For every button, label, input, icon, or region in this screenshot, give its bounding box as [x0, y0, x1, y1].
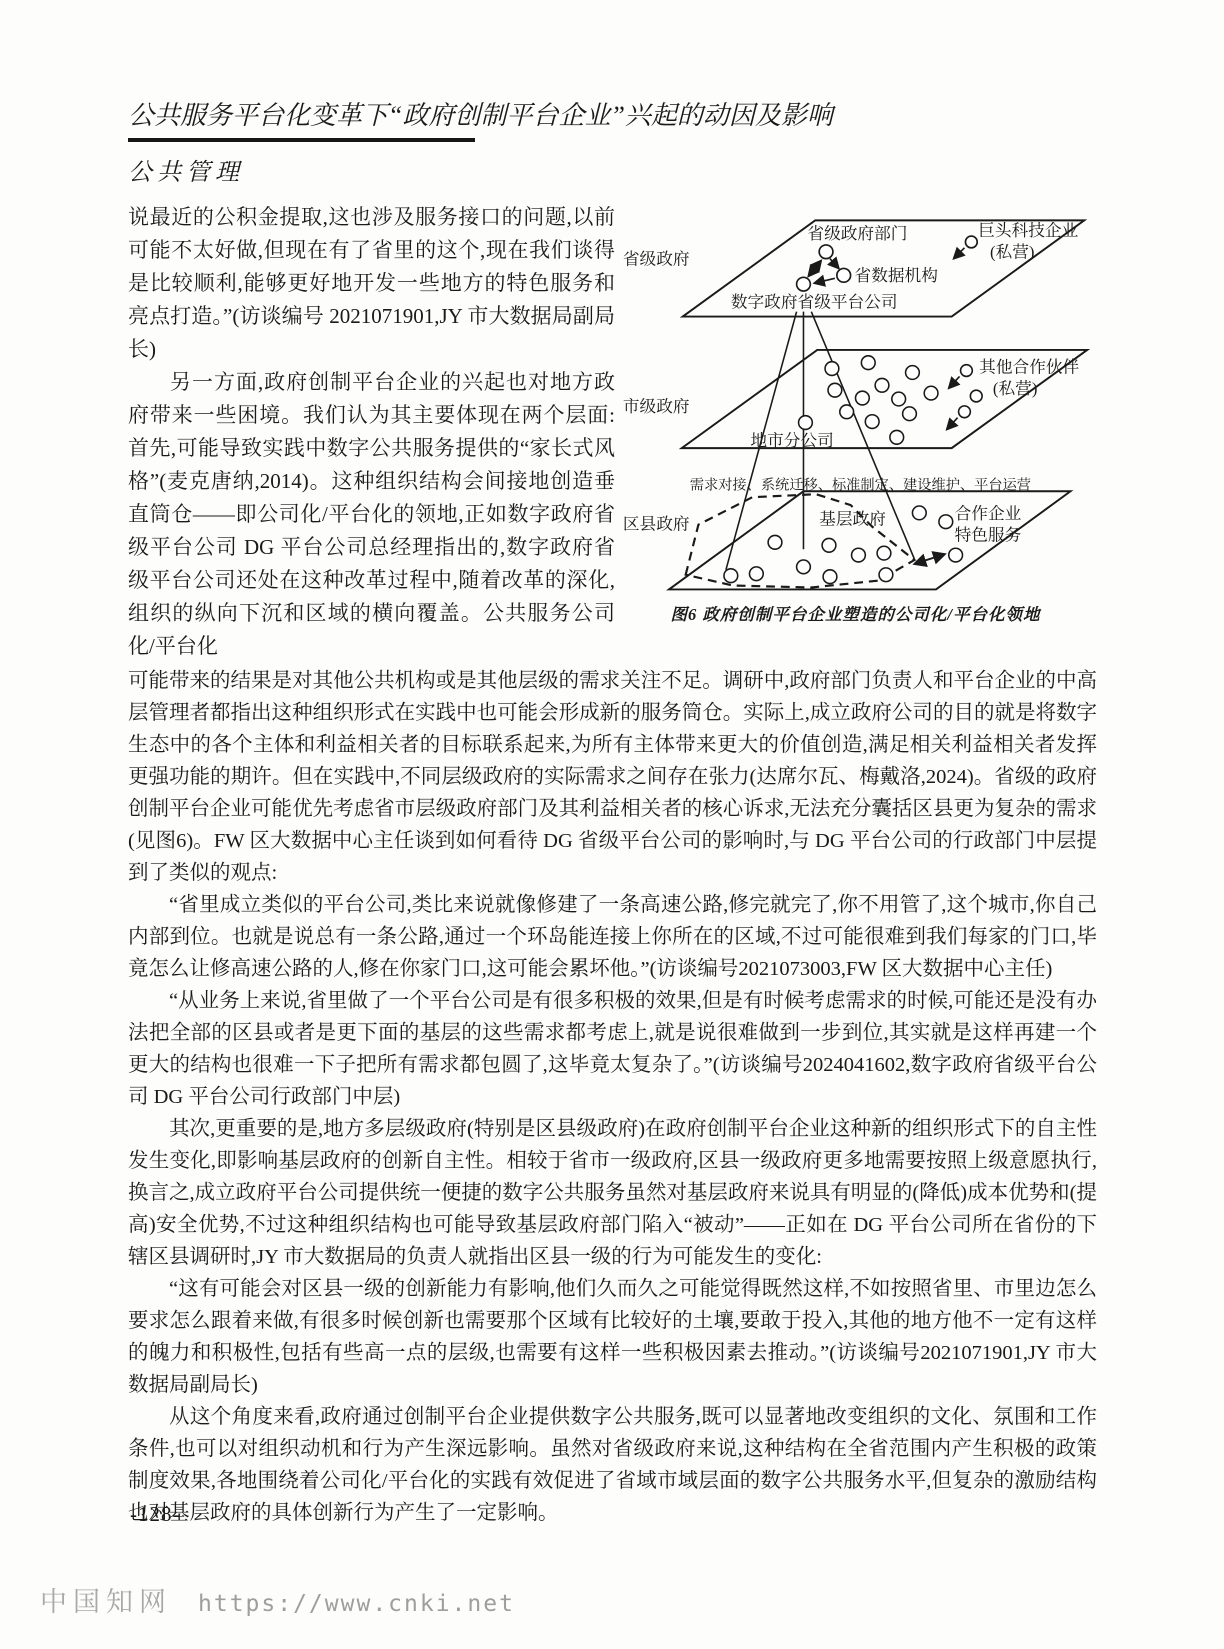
- city-layer-label: 市级政府: [623, 397, 690, 416]
- partner-service-node: [939, 515, 953, 529]
- paragraph: 可能带来的结果是对其他公共机构或是其他层级的需求关注不足。调研中,政府部门负责人…: [128, 665, 1097, 889]
- watermark-url: https://www.cnki.net: [198, 1591, 515, 1617]
- partner-enterprise-label: 合作企业: [955, 504, 1022, 523]
- tech-giant-label: 巨头科技企业: [978, 221, 1078, 240]
- page-number: -128-: [130, 1502, 181, 1527]
- paragraph: 说最近的公积金提取,这也涉及服务接口的问题,以前可能不太好做,但现在有了省里的这…: [128, 201, 615, 366]
- province-dept-node: [819, 245, 833, 259]
- quote-paragraph: “这有可能会对区县一级的创新能力有影响,他们久而久之可能觉得既然这样,不如按照省…: [128, 1273, 1097, 1401]
- paragraph: 其次,更重要的是,地方多层级政府(特别是区县级政府)在政府创制平台企业这种新的组…: [128, 1113, 1097, 1273]
- province-layer-label: 省级政府: [623, 250, 690, 269]
- figure-6: 省级政府部门 省数据机构 数字政府省级平台公司 巨头科技企业 (私营) 省级政府: [615, 201, 1096, 625]
- province-dept-label: 省级政府部门: [807, 224, 907, 243]
- paragraph: 从这个角度来看,政府通过创制平台企业提供数字公共服务,既可以显著地改变组织的文化…: [128, 1401, 1097, 1529]
- county-layer-label: 区县政府: [623, 515, 690, 534]
- province-platform-company-node: [797, 277, 811, 291]
- province-data-agency-node: [837, 268, 851, 282]
- journal-page: 公共服务平台化变革下“政府创制平台企业”兴起的动因及影响 公共管理 说最近的公积…: [0, 0, 1224, 1649]
- arrow-agency-to-company: [814, 278, 835, 283]
- special-service-label: 特色服务: [955, 525, 1022, 544]
- tech-giant-node: [965, 236, 977, 248]
- other-partner-node: [959, 406, 971, 418]
- province-data-agency-label: 省数据机构: [855, 266, 939, 285]
- other-partner-arrow: [947, 418, 958, 430]
- paragraph: 另一方面,政府创制平台企业的兴起也对地方政府带来一些困境。我们认为其主要体现在两…: [128, 366, 615, 663]
- title-underline: [128, 138, 475, 142]
- quote-paragraph: “省里成立类似的平台公司,类比来说就像修建了一条高速公路,修完就完了,你不用管了…: [128, 889, 1097, 985]
- top-row: 说最近的公积金提取,这也涉及服务接口的问题,以前可能不太好做,但现在有了省里的这…: [128, 201, 1097, 663]
- figure-6-diagram: 省级政府部门 省数据机构 数字政府省级平台公司 巨头科技企业 (私营) 省级政府: [615, 201, 1096, 599]
- left-column: 说最近的公积金提取,这也涉及服务接口的问题,以前可能不太好做,但现在有了省里的这…: [128, 201, 615, 663]
- figure-caption: 图6 政府创制平台企业塑造的公司化/平台化领地: [615, 601, 1096, 625]
- partner-service-node: [949, 548, 963, 562]
- other-partner-arrow: [949, 376, 960, 388]
- main-text: 可能带来的结果是对其他公共机构或是其他层级的需求关注不足。调研中,政府部门负责人…: [128, 665, 1097, 1529]
- quote-paragraph: “从业务上来说,省里做了一个平台公司是有很多积极的效果,但是有时候考虑需求的时候…: [128, 985, 1097, 1113]
- grassroots-gov-label: 基层政府: [819, 510, 886, 529]
- tech-giant-private-label: (私营): [990, 243, 1034, 262]
- city-branch-label: 地市分公司: [750, 431, 833, 450]
- service-band-label: 需求对接、系统迁移、标准制定、建设维护、平台运营: [690, 475, 1031, 493]
- arrow-company-dept: [808, 261, 821, 277]
- other-partner-node: [961, 365, 973, 377]
- section-label: 公共管理: [128, 152, 1097, 187]
- other-partner-node: [970, 390, 982, 402]
- partner-service-node: [912, 506, 926, 520]
- running-title: 公共服务平台化变革下“政府创制平台企业”兴起的动因及影响: [128, 100, 1097, 132]
- watermark-cnki-label: 中国知网: [40, 1587, 172, 1617]
- watermark: 中国知网https://www.cnki.net: [40, 1580, 515, 1619]
- other-partner-label: 其他合作伙伴: [979, 358, 1079, 377]
- arrow-dept-to-agency: [830, 259, 839, 269]
- tech-giant-arrow: [954, 248, 965, 259]
- province-platform-company-label: 数字政府省级平台公司: [731, 293, 898, 312]
- other-partner-private-label: (私营): [993, 379, 1037, 398]
- grassroots-gov-nodes: [724, 535, 893, 583]
- territory-partner-arrow: [914, 554, 944, 564]
